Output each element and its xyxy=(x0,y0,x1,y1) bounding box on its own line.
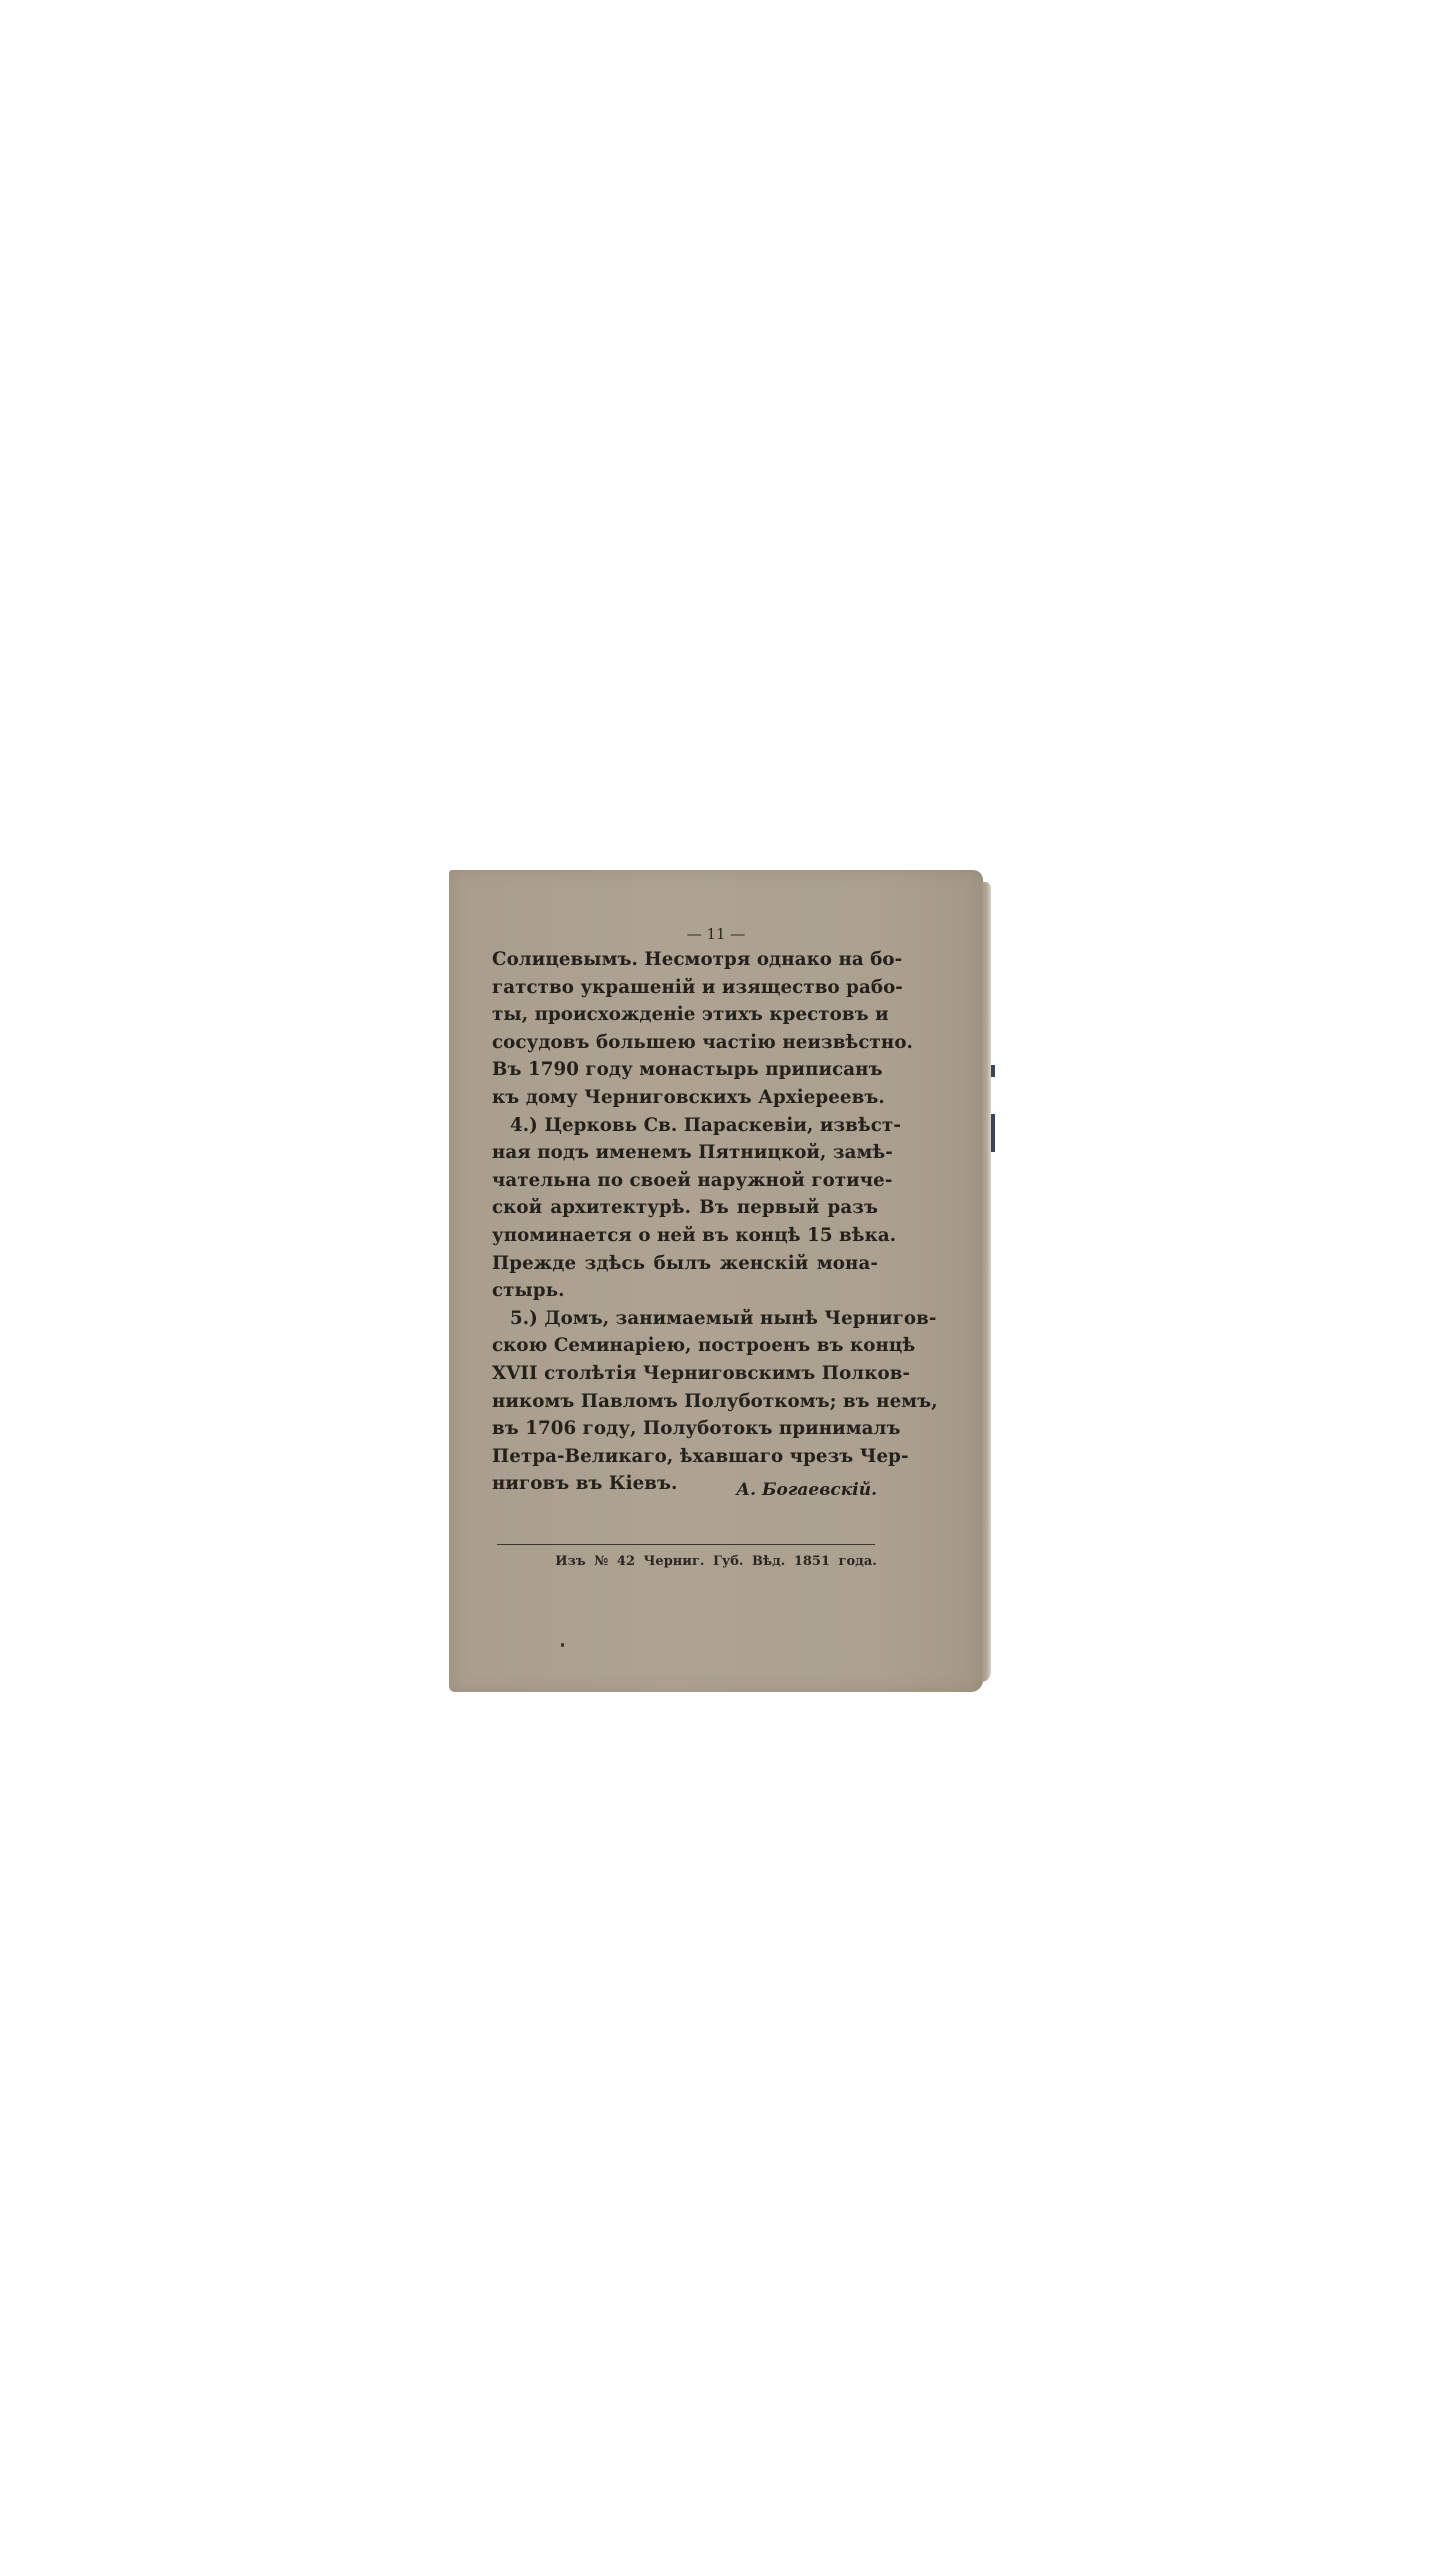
text-line: Въ 1790 году монастырь приписанъ xyxy=(492,1056,878,1084)
text-line: Петра-Великаго, ѣхавшаго чрезъ Чер- xyxy=(492,1443,878,1471)
text-line: гатство украшеній и изящество рабо- xyxy=(492,974,878,1002)
text-line: Солицевымъ. Несмотря однако на бо- xyxy=(492,946,878,974)
text-line: никомъ Павломъ Полуботкомъ; въ немъ, xyxy=(492,1388,878,1416)
binding-mark xyxy=(991,1065,995,1077)
text-line: ная подъ именемъ Пятницкой, замѣ- xyxy=(492,1139,878,1167)
text-line: ской архитектурѣ. Въ первый разъ xyxy=(492,1194,878,1222)
page-number: — 11 — xyxy=(449,925,983,943)
document-page: — 11 — Солицевымъ. Несмотря однако на бо… xyxy=(449,870,983,1692)
author-signature: А. Богаевскій. xyxy=(736,1480,877,1500)
text-line: скою Семинаріею, построенъ въ концѣ xyxy=(492,1332,878,1360)
source-footnote: Изъ № 42 Черниг. Губ. Вѣд. 1851 года. xyxy=(449,1554,983,1569)
text-line: 5.) Домъ, занимаемый нынѣ Чернигов- xyxy=(492,1305,878,1333)
text-line: упоминается о ней въ концѣ 15 вѣка. xyxy=(492,1222,878,1250)
body-text: Солицевымъ. Несмотря однако на бо- гатст… xyxy=(492,946,878,1498)
text-line: сосудовъ большею частію неизвѣстно. xyxy=(492,1029,878,1057)
text-line: Прежде здѣсь былъ женскій мона- xyxy=(492,1250,878,1278)
binding-mark xyxy=(991,1114,995,1152)
divider-rule xyxy=(497,1544,875,1545)
paper-speck xyxy=(561,1643,564,1647)
text-line: къ дому Черниговскихъ Архіереевъ. xyxy=(492,1084,878,1112)
text-line: стырь. xyxy=(492,1277,878,1305)
text-line: 4.) Церковь Св. Параскевіи, извѣст- xyxy=(492,1112,878,1140)
text-line: XVII столѣтія Черниговскимъ Полков- xyxy=(492,1360,878,1388)
text-line: чательна по своей наружной готиче- xyxy=(492,1167,878,1195)
text-line: въ 1706 году, Полуботокъ принималъ xyxy=(492,1415,878,1443)
text-line: ты, происхожденіе этихъ крестовъ и xyxy=(492,1001,878,1029)
